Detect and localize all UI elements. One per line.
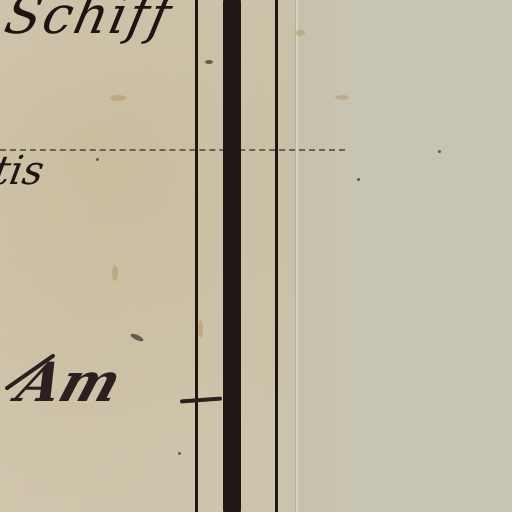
- vertical-rule-thick: [223, 0, 241, 512]
- handwritten-word-middle: tis: [0, 148, 47, 194]
- ink-blot: [130, 332, 145, 342]
- ink-blot: [205, 60, 213, 64]
- handwritten-word-bottom: Am: [10, 350, 130, 414]
- paper-stain: [198, 320, 203, 338]
- ink-speck: [438, 150, 441, 153]
- horizontal-dashed-rule: [0, 149, 345, 151]
- paper-stain: [335, 95, 349, 100]
- paper-stain: [112, 265, 118, 281]
- paper-stain: [110, 95, 126, 101]
- ink-dash-stroke: [180, 397, 222, 404]
- paper-fold-strip: [295, 0, 512, 512]
- document-page: Schiff tis Am: [0, 0, 512, 512]
- vertical-rule-thin-right: [275, 0, 278, 512]
- ink-speck: [178, 452, 181, 455]
- handwritten-word-top: Schiff: [0, 0, 178, 46]
- ink-speck: [357, 178, 360, 181]
- paper-stain: [295, 30, 305, 36]
- vertical-rule-thin-left: [195, 0, 198, 512]
- ink-speck: [96, 158, 99, 161]
